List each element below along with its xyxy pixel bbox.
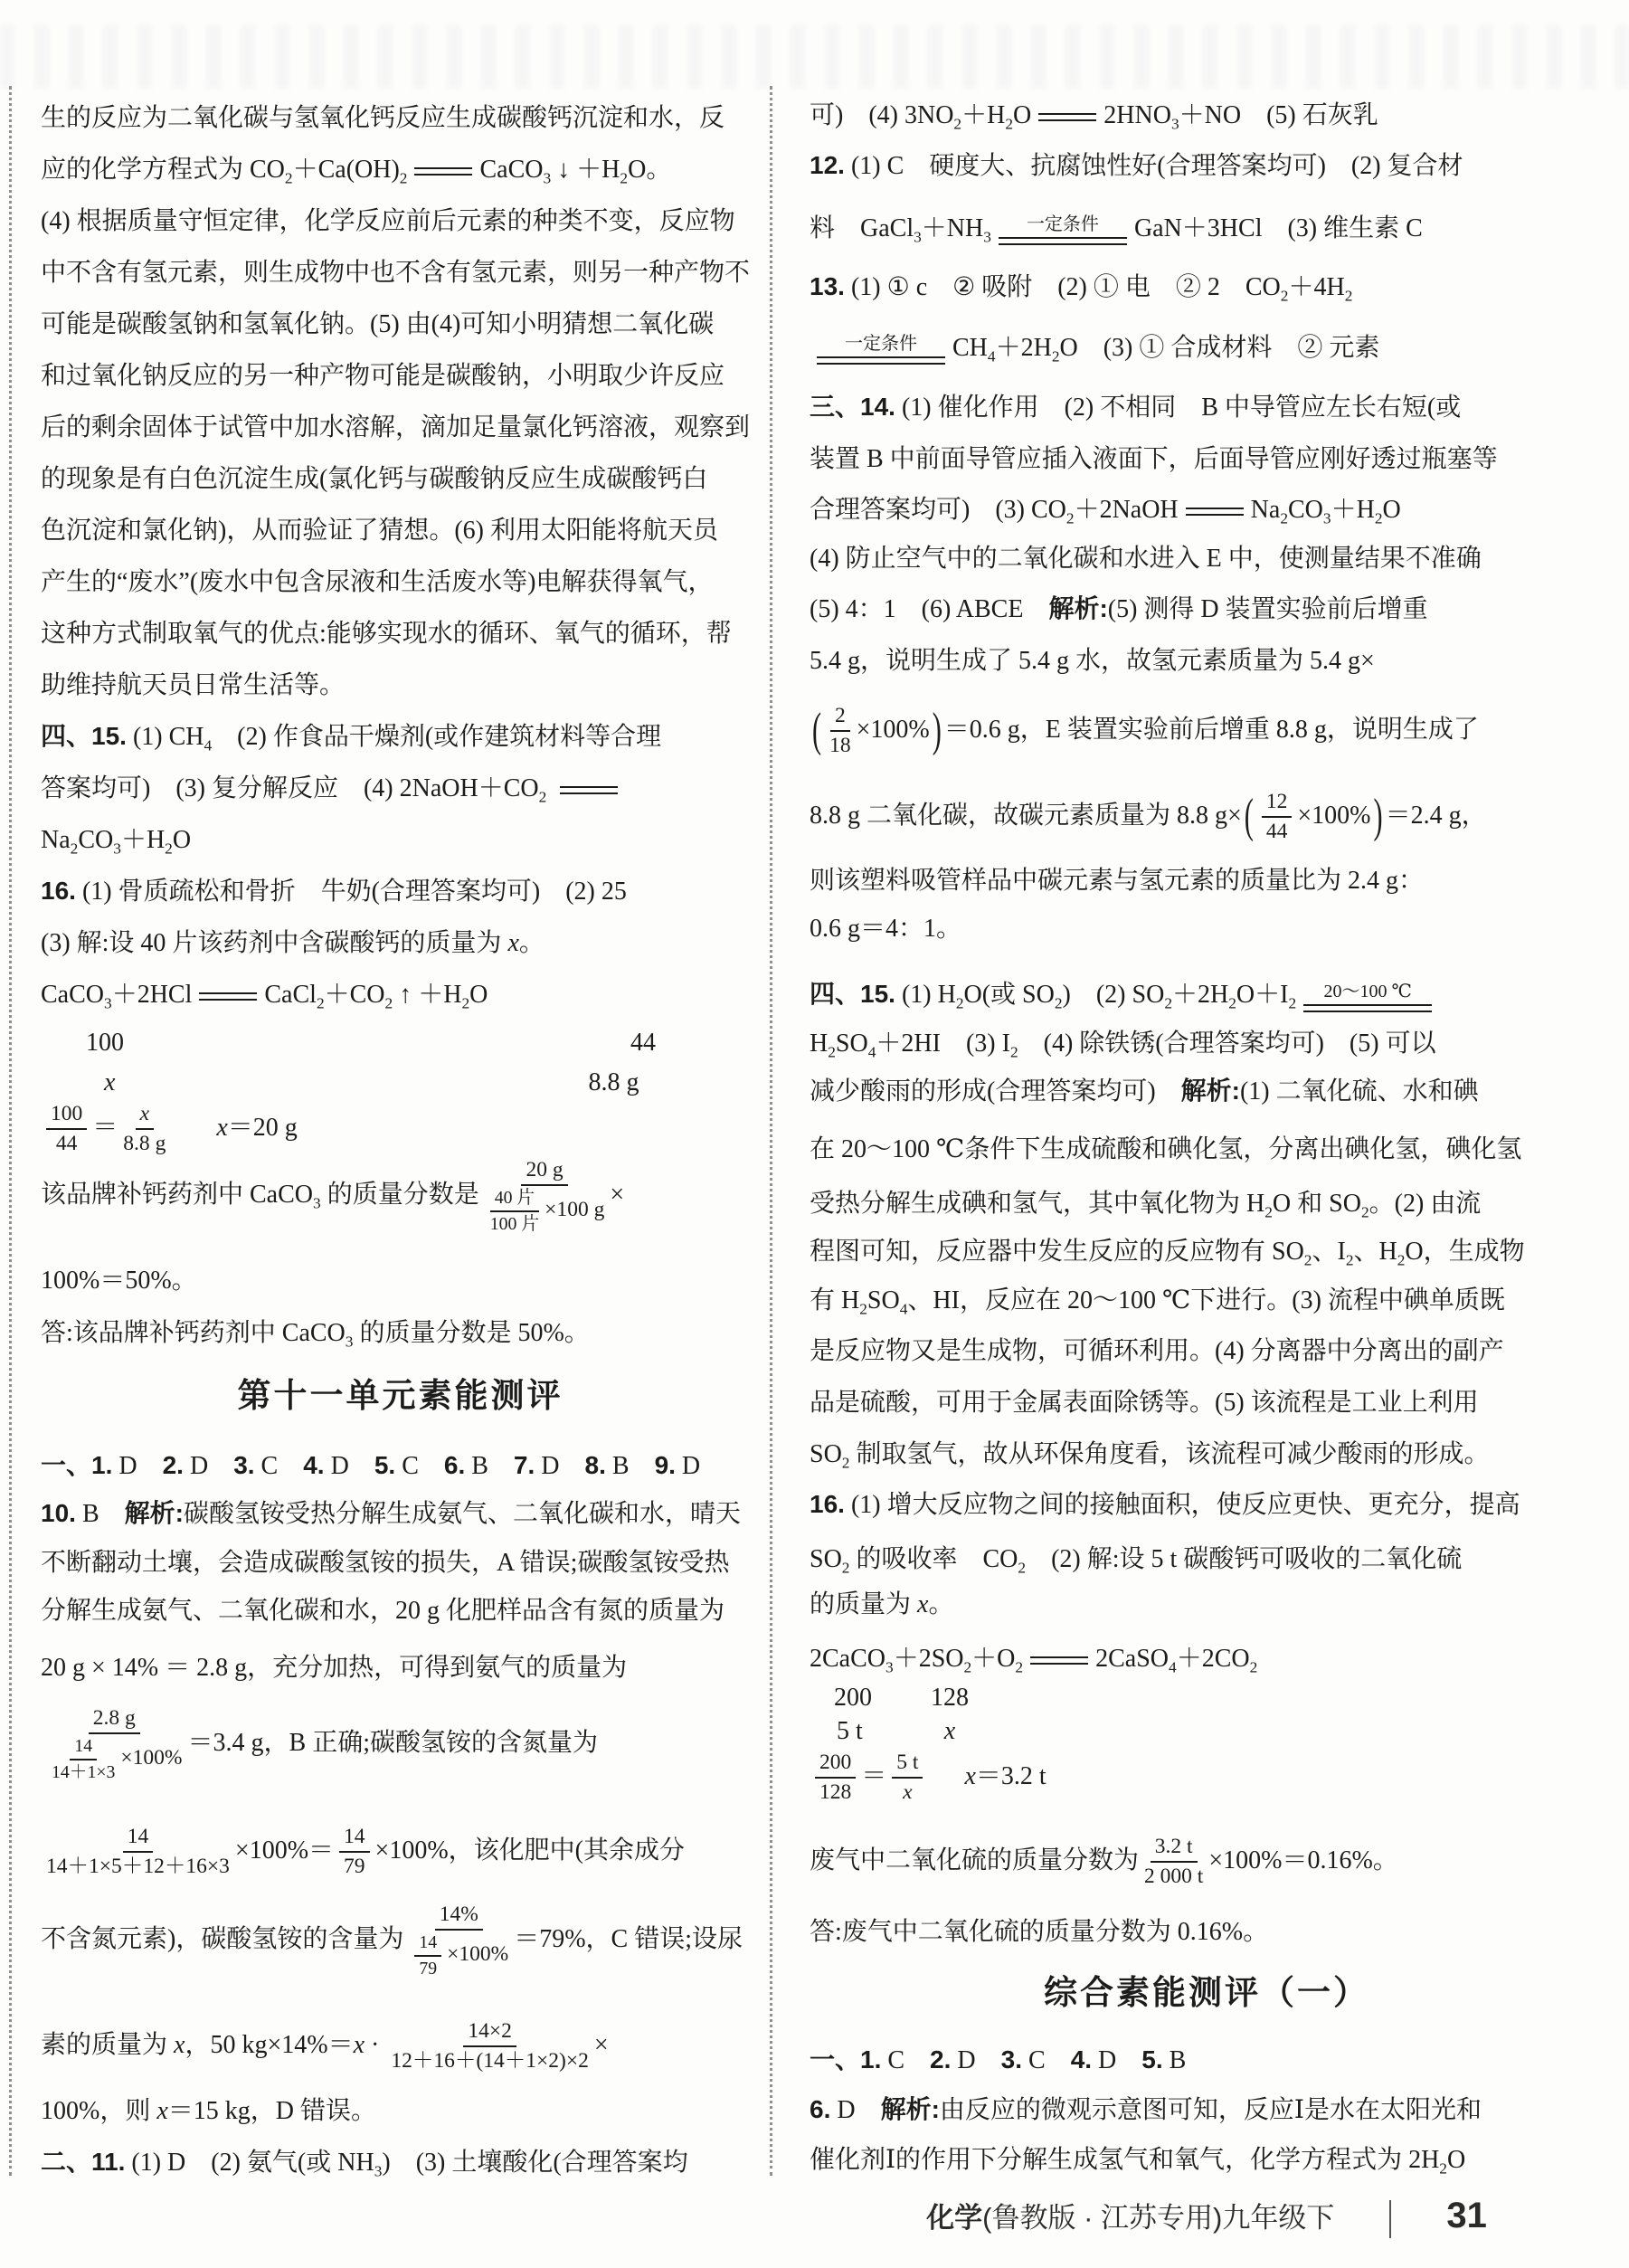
text-run: B [76, 1500, 125, 1528]
fraction-denominator: 8.8 g [123, 1130, 166, 1157]
subscript: 3 [313, 1194, 321, 1211]
line-content: H2SO4＋2HI (3) I2 (4) 除铁锈(合理答案均可) (5) 可以 [810, 1028, 1436, 1059]
text-run: 20 g × 14% ＝ 2.8 g，充分加热，可得到氨气的质量为 [41, 1654, 627, 1682]
line-content: 一、1. C 2. D 3. C 4. D 5. B [810, 2044, 1186, 2076]
equals-line [1303, 1004, 1432, 1012]
line-content: 合理答案均可) (3) CO2＋2NaOHNa2CO3＋H2O [810, 494, 1401, 526]
subscript: 3 [983, 228, 991, 245]
text-line: 装置 B 中前面导管应插入液面下，后面导管应刚好透过瓶塞等 [810, 431, 1604, 487]
fraction: 14×212＋16＋(14＋1×2)×2 [391, 2018, 589, 2075]
line-content: 素的质量为 x，50 kg×14%＝x · 14×212＋16＋(14＋1×2)… [41, 2018, 609, 2075]
fraction-numerator: 2.8 g [89, 1705, 140, 1734]
fraction-numerator: 12 [1262, 789, 1293, 818]
text-run: 100 [51, 1102, 82, 1125]
text-run: O＋I [1236, 981, 1289, 1009]
text-run: ＋2H [1172, 981, 1228, 1009]
line-content: 5.4 g，说明生成了 5.4 g 水，故氢元素质量为 5.4 g× [810, 645, 1375, 677]
text-run: CaCO [41, 981, 104, 1009]
subscript: 2 [1264, 1203, 1273, 1220]
subscript: 2 [956, 995, 964, 1012]
text-line: 的质量为 x。 [810, 1576, 1604, 1632]
text-line: 废气中二氧化硫的质量分数为3.2 t2 000 t×100%＝0.16%。 [810, 1834, 1604, 1890]
text-run: · [365, 2030, 385, 2058]
text-run: SO [836, 1030, 868, 1058]
line-content: (218×100%)＝0.6 g，E 装置实验前后增重 8.8 g，说明生成了 [810, 703, 1479, 760]
text-run: ＝3.2 t [976, 1761, 1047, 1789]
spacer [863, 1738, 944, 1739]
text-run: D [112, 1452, 162, 1480]
bold-label: 7. [514, 1451, 535, 1479]
column-divider [770, 86, 772, 2176]
text-line: 后的剩余固体于试管中加水溶解，滴加足量氯化钙溶液，观察到 [41, 399, 760, 455]
text-run: 不含氮元素)，碳酸氢铵的含量为 [41, 1924, 403, 1952]
text-line: 素的质量为 x，50 kg×14%＝x · 14×212＋16＋(14＋1×2)… [41, 2018, 760, 2074]
text-line: 16. (1) 增大反应物之间的接触面积，使反应更快、更充分，提高 [810, 1476, 1604, 1533]
fraction: 3.2 t2 000 t [1144, 1834, 1203, 1891]
text-run: (1) 增大反应物之间的接触面积，使反应更快、更充分，提高 [845, 1491, 1520, 1519]
variable: x [507, 929, 518, 957]
fraction-denominator: 1414＋1×3×100% [46, 1734, 183, 1783]
text-run: D [1092, 2046, 1141, 2074]
text-run: ＝ [861, 1761, 886, 1789]
line-content: 催化剂Ⅰ的作用下分解生成氢气和氧气，化学方程式为 2H2O [810, 2144, 1465, 2176]
line-content: 一定条件CH4＋2H2O (3) ① 合成材料 ② 元素 [810, 332, 1379, 365]
line-content: (5) 4：1 (6) ABCE 解析:(5) 测得 D 装置实验前后增重 [810, 593, 1428, 625]
text-run: O [173, 826, 191, 854]
text-run: ＋Ca(OH) [293, 156, 400, 184]
spacer [124, 1049, 630, 1050]
text-line: (4) 防止空气中的二氧化碳和水进入 E 中，使测量结果不准确 [810, 530, 1604, 586]
fraction-denominator: x [903, 1779, 912, 1806]
line-content: 助维持航天员日常生活等。 [41, 669, 345, 701]
text-run: (鲁教版 · 江苏专用)九年级下 [982, 2202, 1334, 2234]
text-run: ＝20 g [228, 1113, 298, 1141]
text-run: H [810, 1030, 828, 1058]
text-line: 1414＋1×5＋12＋16×3×100%＝1479×100%，该化肥中(其余成… [41, 1824, 760, 1880]
line-content: 这种方式制取氧气的优点:能够实现水的循环、氧气的循环，帮 [41, 618, 732, 650]
subscript: 2 [165, 840, 173, 857]
text-line: 生的反应为二氧化碳与氢氧化钙反应生成碳酸钙沉淀和水，反 [41, 90, 760, 146]
fraction-numerator: 2 [830, 703, 850, 732]
text-run [546, 774, 553, 802]
text-run: 分解生成氨气、二氧化碳和水，20 g 化肥样品含有氮的质量为 [41, 1597, 725, 1625]
line-content: 装置 B 中前面导管应插入液面下，后面导管应刚好透过瓶塞等 [810, 443, 1498, 475]
bold-label: 解析: [1181, 1077, 1240, 1105]
fraction: 1414＋1×3 [52, 1735, 115, 1783]
line-content: 生的反应为二氧化碳与氢氧化钙反应生成碳酸钙沉淀和水，反 [41, 102, 725, 134]
line-content: 10044＝x8.8 gx＝20 g [41, 1101, 298, 1158]
text-run: CaCl [264, 981, 317, 1009]
text-line: 16. (1) 骨质疏松和骨折 牛奶(合理答案均可) (2) 25 [41, 863, 760, 919]
subscript: 2 [1052, 347, 1060, 365]
text-run: (1) CH [127, 723, 204, 751]
big-paren: ) [1374, 787, 1383, 847]
text-run: 的质量为 [810, 1590, 917, 1618]
double-bond-equals [199, 992, 257, 1001]
text-run: 8.8 g [123, 1132, 166, 1155]
text-line: 是反应物又是生成物，可循环利用。(4) 分离器中分离出的副产 [810, 1323, 1604, 1379]
text-line: 品是硫酸，可用于金属表面除锈等。(5) 该流程是工业上利用 [810, 1374, 1604, 1430]
text-run: 的质量分数是 [321, 1180, 479, 1208]
text-run: ＋2HI (3) I [876, 1030, 1010, 1058]
fraction-numerator: 14 [70, 1735, 97, 1760]
text-line: 答:该品牌补钙药剂中 CaCO3 的质量分数是 50%。 [41, 1305, 760, 1361]
text-run: 14＋1×5＋12＋16×3 [46, 1855, 230, 1878]
text-line: 在 20～100 ℃条件下生成硫酸和碘化氢，分离出碘化氢，碘化氢 [810, 1121, 1604, 1177]
text-line: Na2CO3＋H2O [41, 811, 760, 868]
fraction-numerator: 5 t [892, 1750, 923, 1779]
bold-label: 5. [374, 1451, 395, 1479]
variable: x [944, 1717, 955, 1745]
subscript: 3 [543, 169, 551, 186]
fraction: 20 g40 片100 片×100 g [485, 1157, 605, 1236]
text-run: 制取氢气，故从环保角度看，该流程可减少酸雨的形成。 [849, 1440, 1489, 1468]
text-run: 是反应物又是生成物，可循环利用。(4) 分离器中分离出的副产 [810, 1337, 1504, 1365]
fraction: 14%1479×100% [409, 1902, 508, 1980]
text-run: 、H [1354, 1238, 1397, 1266]
bold-label: 四、15. [810, 980, 895, 1008]
text-run: CO [1288, 496, 1323, 524]
text-line: 10044＝x8.8 gx＝20 g [41, 1101, 760, 1157]
subscript: 2 [539, 788, 547, 805]
spacer [1334, 2226, 1384, 2227]
text-run: 200 [819, 1751, 851, 1774]
text-run: 、HI，反应在 20～100 ℃下进行。(3) 流程中碘单质既 [907, 1286, 1505, 1314]
ghost-print-band [0, 25, 1629, 89]
bold-label: 2. [163, 1451, 184, 1479]
text-line: 合理答案均可) (3) CO2＋2NaOHNa2CO3＋H2O [810, 481, 1604, 537]
bold-label: 2. [930, 2045, 951, 2073]
text-run: ＋H [1331, 496, 1375, 524]
fraction-denominator: 14＋1×5＋12＋16×3 [46, 1853, 230, 1880]
text-run: ×100 g [545, 1198, 604, 1221]
line-content: 不断翻动土壤，会造成碳酸氢铵的损失，A 错误;碳酸氢铵受热 [41, 1547, 729, 1579]
line-content: 100%＝50%。 [41, 1265, 197, 1296]
subscript: 2 [1164, 995, 1172, 1012]
line-content: 程图可知，反应器中发生反应的反应物有 SO2、I2、H2O，生成物 [810, 1236, 1525, 1267]
line-content: 料 GaCl3＋NH3一定条件GaN＋3HCl (3) 维生素 C [810, 213, 1423, 246]
line-content: 后的剩余固体于试管中加水溶解，滴加足量氯化钙溶液，观察到 [41, 412, 750, 443]
line-content: 12. (1) C 硬度大、抗腐蚀性好(合理答案均可) (2) 复合材 [810, 149, 1463, 182]
line-content: 2.8 g1414＋1×3×100%＝3.4 g，B 正确;碳酸氢铵的含氮量为 [41, 1705, 598, 1784]
text-run: C [1022, 2046, 1071, 2074]
text-run: 。 [519, 929, 545, 957]
page-footer: 化学(鲁教版 · 江苏专用)九年级下31 [810, 2187, 1604, 2244]
variable: x [174, 2030, 185, 2058]
equals-line [199, 992, 257, 1001]
line-content: 8.8 g 二氧化碳，故碳元素质量为 8.8 g×(1244×100%)＝2.4… [810, 789, 1487, 846]
text-line: 一、1. C 2. D 3. C 4. D 5. B [810, 2032, 1604, 2088]
subscript: 2 [1345, 288, 1353, 305]
line-content: 一、1. D 2. D 3. C 4. D 5. C 6. B 7. D 8. … [41, 1449, 700, 1482]
page-number: 31 [1446, 2196, 1487, 2235]
subscript: 3 [113, 840, 121, 857]
line-content: 第十一单元素能测评 [238, 1375, 564, 1417]
text-run: 色沉淀和氯化钠)，从而验证了猜想。(6) 利用太阳能将航天员 [41, 517, 718, 545]
variable: x [354, 2030, 365, 2058]
line-content: 品是硫酸，可用于金属表面除锈等。(5) 该流程是工业上利用 [810, 1387, 1479, 1419]
line-content: 受热分解生成碘和氢气，其中氧化物为 H2O 和 SO2。(2) 由流 [810, 1188, 1481, 1219]
spacer [171, 1134, 216, 1134]
line-content: 可能是碳酸氢钠和氢氧化钠。(5) 由(4)可知小明猜想二氧化碳 [41, 308, 714, 340]
fraction-numerator: x [136, 1101, 154, 1130]
text-run: (5) 4：1 (6) ABCE [810, 595, 1048, 623]
text-run: O [1013, 101, 1031, 129]
subscript: 2 [620, 169, 628, 186]
text-run: (1) D (2) 氨气(或 NH [125, 2149, 374, 2177]
fraction: 200128 [815, 1750, 856, 1807]
bold-label: 10. [41, 1499, 76, 1527]
text-run: 14% [440, 1903, 478, 1926]
text-run: 14 [74, 1736, 92, 1756]
text-run: ↓ ＋H [551, 156, 620, 184]
text-run: 可) (4) 3NO [810, 101, 953, 129]
text-line: 二、11. (1) D (2) 氨气(或 NH3) (3) 土壤酸化(合理答案均 [41, 2134, 760, 2190]
text-run: 则该塑料吸管样品中碳元素与氢元素的质量比为 2.4 g： [810, 867, 1424, 895]
section-heading: 综合素能测评（一） [810, 1965, 1604, 2021]
text-run: 催化剂Ⅰ的作用下分解生成氢气和氧气，化学方程式为 2H [810, 2146, 1439, 2174]
bold-label: 12. [810, 151, 845, 179]
text-run: 受热分解生成碘和氢气，其中氧化物为 H [810, 1190, 1264, 1218]
text-run: (5) 测得 D 装置实验前后增重 [1108, 595, 1428, 623]
text-run: 14＋1×3 [52, 1762, 115, 1782]
text-run: 79 [344, 1855, 365, 1878]
line-content: 答案均可) (3) 复分解反应 (4) 2NaOH＋CO2 [41, 773, 625, 804]
text-run: 44 [630, 1029, 656, 1057]
text-line: 四、15. (1) CH4 (2) 作食品干燥剂(或作建筑材料等合理 [41, 708, 760, 764]
spacer [810, 1738, 837, 1739]
text-run: ×100% [447, 1942, 508, 1966]
big-paren: ( [812, 701, 821, 761]
equals-line [1186, 508, 1244, 516]
text-run: 产生的“废水”(废水中包含尿液和生活废水等)电解获得氧气， [41, 568, 714, 596]
text-run: ↑ ＋H [393, 981, 461, 1009]
text-run: D [830, 2096, 880, 2124]
line-content: 产生的“废水”(废水中包含尿液和生活废水等)电解获得氧气， [41, 566, 714, 598]
equals-line [1030, 1656, 1088, 1665]
text-run: ×100% [120, 1746, 182, 1770]
subscript: 3 [1323, 509, 1331, 527]
double-bond-equals [560, 786, 618, 794]
text-run: 答:废气中二氧化硫的质量分数为 0.16%。 [810, 1918, 1268, 1946]
variable: x [104, 1068, 115, 1096]
page-left-dotted-border [9, 86, 12, 2176]
line-content: 则该塑料吸管样品中碳元素与氢元素的质量比为 2.4 g： [810, 865, 1424, 897]
text-line: SO2 制取氢气，故从环保角度看，该流程可减少酸雨的形成。 [810, 1426, 1604, 1482]
text-run: ×100% [1297, 801, 1370, 829]
line-content: Na2CO3＋H2O [41, 824, 191, 856]
bold-label: 四、15. [41, 722, 127, 750]
line-content: x8.8 g [41, 1067, 639, 1098]
text-run: 生的反应为二氧化碳与氢氧化钙反应生成碳酸钙沉淀和水，反 [41, 104, 725, 132]
line-content: 二、11. (1) D (2) 氨气(或 NH3) (3) 土壤酸化(合理答案均 [41, 2146, 688, 2178]
equals-line [817, 356, 945, 365]
text-run: ×100%，该化肥中(其余成分 [375, 1836, 685, 1864]
text-run: 20 g [526, 1158, 563, 1181]
subscript: 2 [859, 1300, 867, 1317]
text-run: 12 [1266, 790, 1288, 813]
subscript: 3 [914, 228, 922, 245]
subscript: 2 [1066, 509, 1075, 527]
line-content: 可) (4) 3NO2＋H2O2HNO3＋NO (5) 石灰乳 [810, 100, 1378, 131]
page: { "page":{"width":1801,"height":2507,"ba… [0, 0, 1629, 2268]
subscript: 2 [953, 115, 961, 132]
text-run: 14 [128, 1825, 149, 1848]
text-run: O，生成物 [1405, 1238, 1524, 1266]
text-line: 和过氧化钠反应的另一种产物可能是碳酸钠，小明取少许反应 [41, 347, 760, 403]
subscript: 4 [988, 347, 996, 365]
bold-label: 二、11. [41, 2148, 125, 2176]
fraction: 10044 [46, 1101, 87, 1158]
fraction-numerator: 14 [339, 1824, 370, 1853]
fraction: 5 tx [892, 1750, 923, 1807]
text-run: 素的质量为 [41, 2030, 174, 2058]
text-line: 13. (1) ① c ② 吸附 (2) ① 电 ② 2 CO2＋4H2 [810, 259, 1604, 315]
subscript: 2 [1346, 1251, 1354, 1268]
text-run: 2.8 g [93, 1706, 136, 1730]
text-line: 5.4 g，说明生成了 5.4 g 水，故氢元素质量为 5.4 g× [810, 632, 1604, 688]
bold-label: 解析: [881, 2095, 940, 2123]
text-run: O(或 SO [964, 981, 1055, 1009]
text-run: 8.8 g 二氧化碳，故碳元素质量为 8.8 g× [810, 801, 1242, 829]
bold-label: 4. [303, 1451, 324, 1479]
subscript: 3 [104, 994, 112, 1011]
line-content: 四、15. (1) CH4 (2) 作食品干燥剂(或作建筑材料等合理 [41, 720, 661, 753]
text-run: 在 20～100 ℃条件下生成硫酸和碘化氢，分离出碘化氢，碘化氢 [810, 1135, 1521, 1163]
text-run: C [255, 1452, 304, 1480]
text-line: 减少酸雨的形成(合理答案均可) 解析:(1) 二氧化硫、水和碘 [810, 1063, 1604, 1119]
fraction: 40 片100 片 [490, 1187, 539, 1235]
text-run: ＋2SO [894, 1645, 964, 1673]
bold-label: 4. [1071, 2045, 1092, 2073]
double-bond-equals: 一定条件 [999, 214, 1127, 245]
text-run: ＝3.4 g，B 正确;碳酸氢铵的含氮量为 [188, 1728, 598, 1756]
text-run: Na [41, 826, 71, 854]
text-line: (3) 解:设 40 片该药剂中含碳酸钙的质量为 x。 [41, 915, 760, 971]
line-content: 综合素能测评（一） [1044, 1972, 1369, 2014]
text-run: ×100%＝0.16%。 [1208, 1846, 1397, 1874]
text-run: SO [810, 1440, 842, 1468]
bold-label: 6. [810, 2095, 830, 2123]
text-run: 减少酸雨的形成(合理答案均可) [810, 1077, 1181, 1106]
text-run: (4) 根据质量守恒定律，化学反应前后元素的种类不变，反应物 [41, 207, 735, 235]
reaction-condition: 一定条件 [845, 334, 917, 354]
text-run: 2HNO [1103, 101, 1171, 129]
line-content: 不含氮元素)，碳酸氢铵的含量为14%1479×100%＝79%，C 错误;设尿 [41, 1902, 743, 1980]
bold-label: 16. [41, 877, 76, 905]
subscript: 2 [1288, 995, 1296, 1012]
bold-label: 一、1. [810, 2045, 881, 2073]
subscript: 2 [1010, 1043, 1018, 1060]
fraction: 1414＋1×5＋12＋16×3 [46, 1824, 230, 1881]
double-bond-equals [1030, 1656, 1088, 1665]
subscript: 2 [1361, 1203, 1369, 1220]
text-run: ＋H [121, 826, 165, 854]
text-run: (1) 催化作用 (2) 不相同 B 中导管应左长右短(或 [895, 394, 1461, 422]
text-run: 答:该品牌补钙药剂中 CaCO [41, 1319, 346, 1347]
text-run: 79 [419, 1959, 437, 1979]
text-run: ＋NO (5) 石灰乳 [1179, 101, 1378, 129]
line-content: 的现象是有白色沉淀生成(氯化钙与碳酸钠反应生成碳酸钙白 [41, 463, 707, 495]
text-run: 44 [1266, 820, 1288, 843]
fraction-denominator: 40 片100 片×100 g [485, 1186, 605, 1235]
text-run: 合理答案均可) (3) CO [810, 496, 1066, 524]
text-line: 200128＝5 txx＝3.2 t [810, 1750, 1604, 1806]
line-content: 在 20～100 ℃条件下生成硫酸和碘化氢，分离出碘化氢，碘化氢 [810, 1134, 1521, 1165]
fraction-denominator: 1479×100% [409, 1931, 508, 1979]
text-run: 应的化学方程式为 CO [41, 156, 285, 184]
text-run: × [594, 2030, 609, 2058]
bold-label: 解析: [1048, 594, 1107, 622]
text-run: O [1383, 496, 1401, 524]
text-run: ×100% [857, 715, 930, 743]
double-bond-equals [414, 167, 472, 176]
fraction-denominator: 18 [829, 732, 851, 759]
fraction-denominator: 44 [56, 1130, 78, 1157]
line-content: 减少酸雨的形成(合理答案均可) 解析:(1) 二氧化硫、水和碘 [810, 1075, 1479, 1107]
text-run: 不断翻动土壤，会造成碳酸氢铵的损失，A 错误;碳酸氢铵受热 [41, 1549, 729, 1577]
subscript: 3 [1171, 115, 1179, 132]
text-run: × [610, 1180, 624, 1208]
double-bond-equals: 一定条件 [817, 334, 945, 365]
text-run: (1) ① c ② 吸附 (2) ① 电 ② 2 CO [845, 273, 1281, 301]
text-run: (1) 二氧化硫、水和碘 [1240, 1077, 1479, 1106]
text-line: 100%＝50%。 [41, 1252, 760, 1308]
text-line: 20 g × 14% ＝ 2.8 g，充分加热，可得到氨气的质量为 [41, 1639, 760, 1695]
text-run: C [395, 1452, 444, 1480]
text-run: 44 [56, 1132, 78, 1155]
text-run: GaN＋3HCl (3) 维生素 C [1134, 214, 1423, 242]
text-run: 5 t [837, 1717, 863, 1745]
line-content: 答:该品牌补钙药剂中 CaCO3 的质量分数是 50%。 [41, 1317, 590, 1349]
text-line: 中不含有氢元素，则生成物中也不含有氢元素，则另一种产物不 [41, 244, 760, 300]
equals-line [560, 786, 618, 794]
text-line: 料 GaCl3＋NH3一定条件GaN＋3HCl (3) 维生素 C [810, 201, 1604, 257]
fraction: 2.8 g1414＋1×3×100% [46, 1705, 183, 1784]
variable: x [964, 1761, 975, 1789]
fraction-numerator: 40 片 [490, 1187, 539, 1212]
text-run: 第十一单元素能测评 [238, 1377, 564, 1414]
text-run: D [325, 1452, 374, 1480]
equals-line [999, 237, 1127, 245]
bold-label: 解析: [125, 1499, 184, 1527]
text-run: B [1163, 2046, 1187, 2074]
text-run: B [465, 1452, 514, 1480]
big-paren: ( [1245, 787, 1254, 847]
text-run: ＝2.4 g， [1386, 801, 1487, 829]
text-line: 助维持航天员日常生活等。 [41, 657, 760, 713]
text-run: O (3) ① 合成材料 ② 元素 [1060, 334, 1380, 362]
equals-line [414, 167, 472, 176]
fraction: 1479 [339, 1824, 370, 1881]
spacer [1397, 2226, 1446, 2227]
text-run: 料 GaCl [810, 214, 914, 242]
text-run: Na [1251, 496, 1281, 524]
text-run: 5 t [896, 1751, 918, 1774]
text-line: 2.8 g1414＋1×3×100%＝3.4 g，B 正确;碳酸氢铵的含氮量为 [41, 1716, 760, 1772]
text-line: 6. D 解析:由反应的微观示意图可知，反应Ⅰ是水在太阳光和 [810, 2082, 1604, 2138]
text-run: 14 [419, 1932, 437, 1952]
bold-label: 5. [1141, 2045, 1162, 2073]
text-run: 品是硫酸，可用于金属表面除锈等。(5) 该流程是工业上利用 [810, 1389, 1479, 1417]
text-line: 该品牌补钙药剂中 CaCO3 的质量分数是20 g40 片100 片×100 g… [41, 1168, 760, 1224]
line-content: (3) 解:设 40 片该药剂中含碳酸钙的质量为 x。 [41, 927, 545, 959]
text-run: 100%，则 [41, 2097, 156, 2125]
text-run: CO [78, 826, 113, 854]
subscript: 2 [1018, 1559, 1026, 1576]
text-run: 14 [344, 1825, 365, 1848]
line-content: 和过氧化钠反应的另一种产物可能是碳酸钠，小明取少许反应 [41, 360, 725, 392]
